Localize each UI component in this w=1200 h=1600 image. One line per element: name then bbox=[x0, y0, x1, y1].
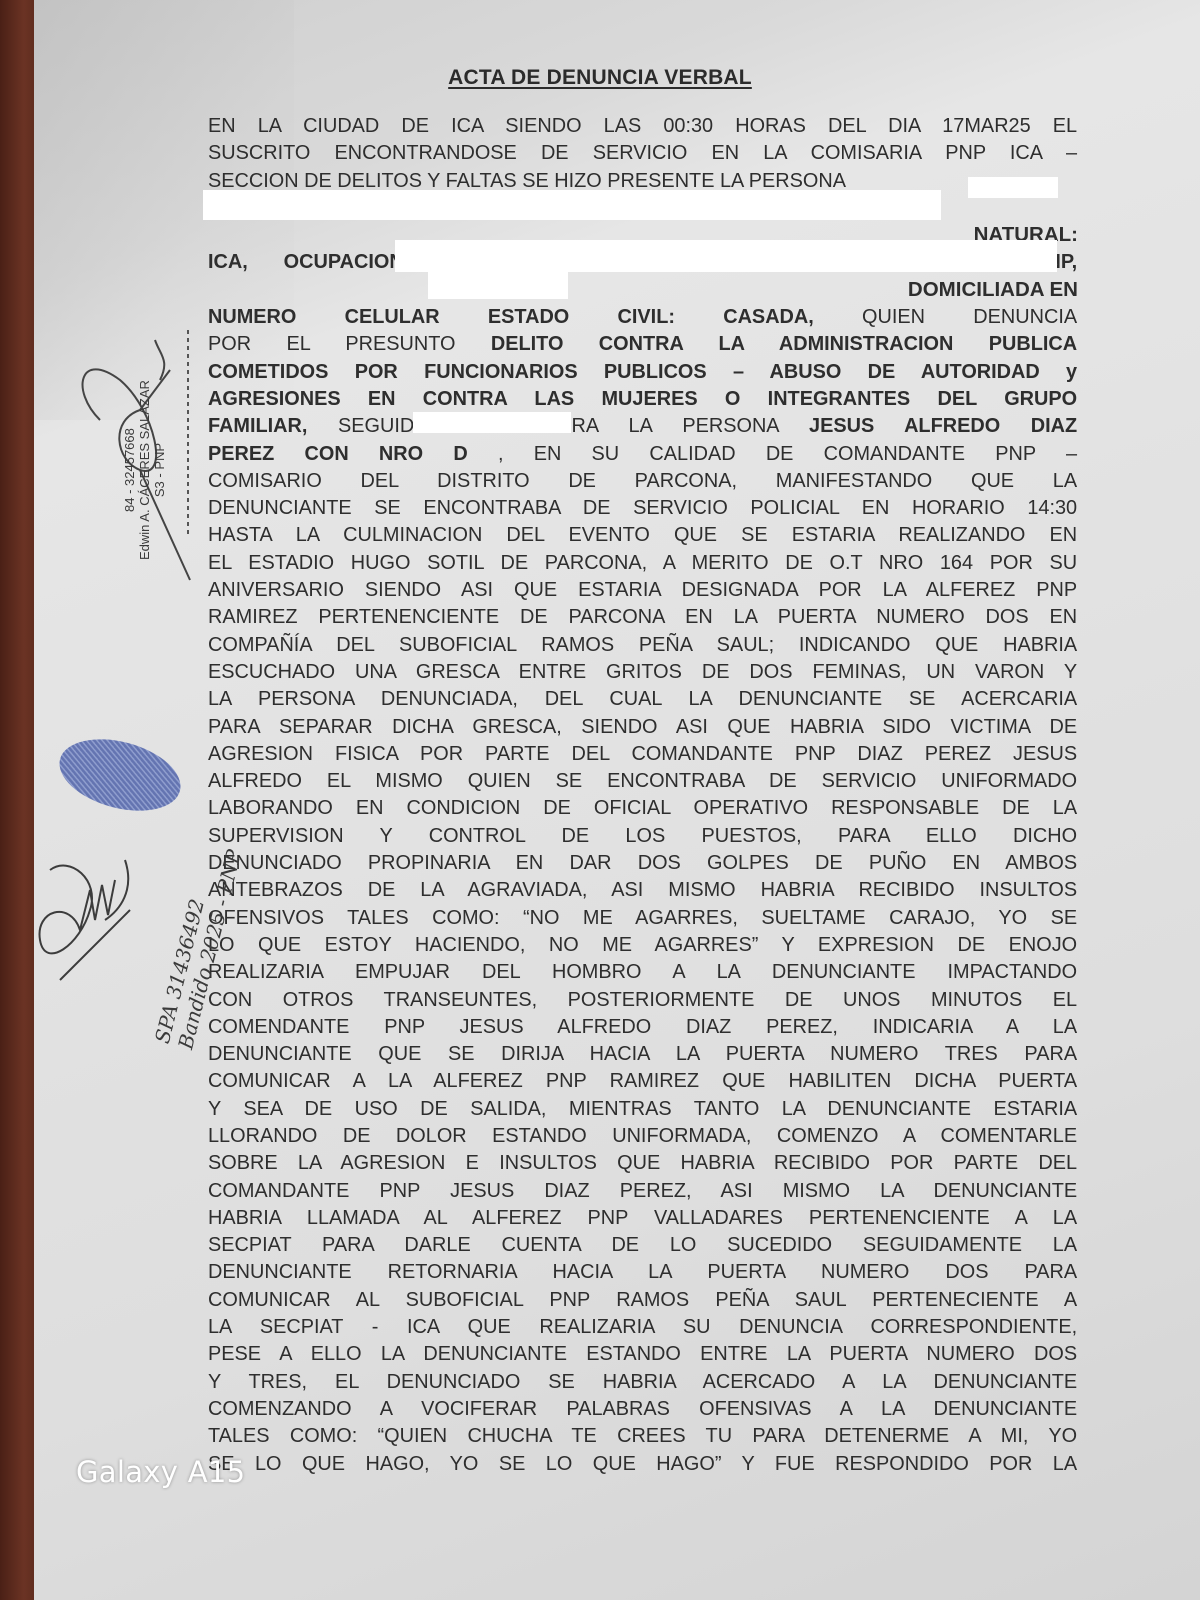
text-segment: CON OTROS TRANSEUNTES, POSTERIORMENTE DE… bbox=[208, 988, 1077, 1011]
bold-text-segment: NUMERO CELULAR bbox=[208, 305, 440, 328]
text-segment: ALFREDO EL MISMO QUIEN SE ENCONTRABA DE … bbox=[208, 769, 1077, 792]
text-segment: LA PERSONA DENUNCIADA, DEL CUAL LA DENUN… bbox=[208, 687, 1077, 710]
document-line: SE LO QUE HAGO, YO SE LO QUE HAGO” Y FUE… bbox=[208, 1450, 1077, 1477]
document-line: ANIVERSARIO SIENDO ASI QUE ESTARIA DESIG… bbox=[208, 576, 1077, 603]
document-title: ACTA DE DENUNCIA VERBAL bbox=[0, 66, 1200, 90]
text-segment: Y SEA DE USO DE SALIDA, MIENTRAS TANTO L… bbox=[208, 1097, 1077, 1120]
document-line: TALES COMO: “QUIEN CHUCHA TE CREES TU PA… bbox=[208, 1422, 1077, 1449]
document-line: SECPIAT PARA DARLE CUENTA DE LO SUCEDIDO… bbox=[208, 1231, 1077, 1258]
document-line: LA SECPIAT - ICA QUE REALIZARIA SU DENUN… bbox=[208, 1313, 1077, 1340]
bold-text-segment: PEREZ CON NRO D bbox=[208, 442, 468, 465]
text-segment: LO QUE ESTOY HACIENDO, NO ME AGARRES” Y … bbox=[208, 933, 1077, 956]
document-line: COMUNICAR A LA ALFEREZ PNP RAMIREZ QUE H… bbox=[208, 1067, 1077, 1094]
text-segment: PARA SEPARAR DICHA GRESCA, SIENDO ASI QU… bbox=[208, 715, 1077, 738]
text-segment: COMISARIO DEL DISTRITO DE PARCONA, MANIF… bbox=[208, 469, 1077, 492]
text-segment: SUPERVISION Y CONTROL DE LOS PUESTOS, PA… bbox=[208, 824, 1077, 847]
text-segment: HABRIA LLAMADA AL ALFEREZ PNP VALLADARES… bbox=[208, 1206, 1077, 1229]
bold-text-segment: JESUS ALFREDO DIAZ bbox=[809, 414, 1077, 437]
document-line: PEREZ CON NRO D , EN SU CALIDAD DE COMAN… bbox=[208, 440, 1077, 467]
text-segment: DENUNCIANTE RETORNARIA HACIA LA PUERTA N… bbox=[208, 1260, 1077, 1283]
redaction-box bbox=[203, 190, 941, 220]
document-line: ESCUCHADO UNA GRESCA ENTRE GRITOS DE DOS… bbox=[208, 658, 1077, 685]
document-line: CON OTROS TRANSEUNTES, POSTERIORMENTE DE… bbox=[208, 986, 1077, 1013]
document-line: COMUNICAR AL SUBOFICIAL PNP RAMOS PEÑA S… bbox=[208, 1286, 1077, 1313]
bold-text-segment: FAMILIAR, bbox=[208, 414, 307, 437]
text-segment: POR EL PRESUNTO bbox=[208, 332, 491, 355]
document-line: PARA SEPARAR DICHA GRESCA, SIENDO ASI QU… bbox=[208, 713, 1077, 740]
document-line: COMENDANTE PNP JESUS ALFREDO DIAZ PEREZ,… bbox=[208, 1013, 1077, 1040]
text-segment: EN LA CIUDAD DE ICA SIENDO LAS 00:30 HOR… bbox=[208, 114, 1077, 137]
document-line: Y TRES, EL DENUNCIADO SE HABRIA ACERCADO… bbox=[208, 1368, 1077, 1395]
text-segment: OFENSIVOS TALES COMO: “NO ME AGARRES, SU… bbox=[208, 906, 1077, 929]
text-segment: COMENDANTE PNP JESUS ALFREDO DIAZ PEREZ,… bbox=[208, 1015, 1077, 1038]
text-segment bbox=[440, 305, 488, 328]
text-segment: LLORANDO DE DOLOR ESTANDO UNIFORMADA, CO… bbox=[208, 1124, 1077, 1147]
camera-watermark: Galaxy A15 bbox=[76, 1455, 245, 1489]
text-segment: Y TRES, EL DENUNCIADO SE HABRIA ACERCADO… bbox=[208, 1370, 1077, 1393]
document-line: PESE A ELLO LA DENUNCIANTE ESTANDO ENTRE… bbox=[208, 1340, 1077, 1367]
document-line: COMENZANDO A VOCIFERAR PALABRAS OFENSIVA… bbox=[208, 1395, 1077, 1422]
text-segment: RAMIREZ PERTENENCIENTE DE PARCONA EN LA … bbox=[208, 605, 1077, 628]
text-segment: SECPIAT PARA DARLE CUENTA DE LO SUCEDIDO… bbox=[208, 1233, 1077, 1256]
document-line: HASTA LA CULMINACION DEL EVENTO QUE SE E… bbox=[208, 521, 1077, 548]
document-line: EL ESTADIO HUGO SOTIL DE PARCONA, A MERI… bbox=[208, 549, 1077, 576]
bold-text-segment: DELITO CONTRA LA ADMINISTRACION PUBLICA bbox=[491, 332, 1077, 355]
text-segment: ANIVERSARIO SIENDO ASI QUE ESTARIA DESIG… bbox=[208, 578, 1077, 601]
text-segment: TALES COMO: “QUIEN CHUCHA TE CREES TU PA… bbox=[208, 1424, 1077, 1447]
document-line: POR EL PRESUNTO DELITO CONTRA LA ADMINIS… bbox=[208, 330, 1077, 357]
document-line: LO QUE ESTOY HACIENDO, NO ME AGARRES” Y … bbox=[208, 931, 1077, 958]
document-line: COMISARIO DEL DISTRITO DE PARCONA, MANIF… bbox=[208, 467, 1077, 494]
bold-text-segment: COMETIDOS POR FUNCIONARIOS PUBLICOS – AB… bbox=[208, 360, 1077, 383]
document-line: OFENSIVOS TALES COMO: “NO ME AGARRES, SU… bbox=[208, 904, 1077, 931]
document-line: SOBRE LA AGRESION E INSULTOS QUE HABRIA … bbox=[208, 1149, 1077, 1176]
bold-text-segment: AGRESIONES EN CONTRA LAS MUJERES O INTEG… bbox=[208, 387, 1077, 410]
document-body: EN LA CIUDAD DE ICA SIENDO LAS 00:30 HOR… bbox=[208, 112, 1076, 1477]
text-segment: ESCUCHADO UNA GRESCA ENTRE GRITOS DE DOS… bbox=[208, 660, 1077, 683]
text-segment: HASTA LA CULMINACION DEL EVENTO QUE SE E… bbox=[208, 523, 1077, 546]
document-line: RAMIREZ PERTENENCIENTE DE PARCONA EN LA … bbox=[208, 603, 1077, 630]
text-segment: COMUNICAR AL SUBOFICIAL PNP RAMOS PEÑA S… bbox=[208, 1288, 1077, 1311]
bold-text-segment: ESTADO CIVIL: CASADA, bbox=[488, 305, 814, 328]
text-segment: DENUNCIANTE SE ENCONTRABA DE SERVICIO PO… bbox=[208, 496, 1077, 519]
redaction-box bbox=[395, 240, 1057, 272]
text-segment: LABORANDO EN CONDICION DE OFICIAL OPERAT… bbox=[208, 796, 1077, 819]
document-line: ANTEBRAZOS DE LA AGRAVIADA, ASI MISMO HA… bbox=[208, 876, 1077, 903]
text-segment: SE LO QUE HAGO, YO SE LO QUE HAGO” Y FUE… bbox=[208, 1452, 1077, 1475]
document-line: EN LA CIUDAD DE ICA SIENDO LAS 00:30 HOR… bbox=[208, 112, 1077, 139]
text-segment: COMANDANTE PNP JESUS DIAZ PEREZ, ASI MIS… bbox=[208, 1179, 1077, 1202]
document-line: SUPERVISION Y CONTROL DE LOS PUESTOS, PA… bbox=[208, 822, 1077, 849]
document-line: DENUNCIANTE RETORNARIA HACIA LA PUERTA N… bbox=[208, 1258, 1077, 1285]
text-segment: DENUNCIANTE QUE SE DIRIJA HACIA LA PUERT… bbox=[208, 1042, 1077, 1065]
document-line: DENUNCIANTE SE ENCONTRABA DE SERVICIO PO… bbox=[208, 494, 1077, 521]
document-line: LLORANDO DE DOLOR ESTANDO UNIFORMADA, CO… bbox=[208, 1122, 1077, 1149]
redaction-box bbox=[413, 412, 571, 433]
document-line: HABRIA LLAMADA AL ALFEREZ PNP VALLADARES… bbox=[208, 1204, 1077, 1231]
document-line: AGRESIONES EN CONTRA LAS MUJERES O INTEG… bbox=[208, 385, 1077, 412]
officer-stamp: 84 - 32457668 Edwin A. CÁCERES SALAZAR S… bbox=[122, 380, 167, 560]
text-segment: EL ESTADIO HUGO SOTIL DE PARCONA, A MERI… bbox=[208, 551, 1077, 574]
text-segment: SOBRE LA AGRESION E INSULTOS QUE HABRIA … bbox=[208, 1151, 1077, 1174]
text-segment: COMPAÑÍA DEL SUBOFICIAL RAMOS PEÑA SAUL;… bbox=[208, 633, 1077, 656]
document-line: FAMILIAR, SEGUIDA EN CONTRA LA PERSONA J… bbox=[208, 412, 1077, 439]
text-segment: SECCION DE DELITOS Y FALTAS SE HIZO PRES… bbox=[208, 169, 846, 192]
text-segment: SUSCRITO ENCONTRANDOSE DE SERVICIO EN LA… bbox=[208, 141, 1077, 164]
complainant-signature bbox=[30, 850, 140, 990]
text-segment: PESE A ELLO LA DENUNCIANTE ESTANDO ENTRE… bbox=[208, 1342, 1077, 1365]
document-line: DENUNCIADO PROPINARIA EN DAR DOS GOLPES … bbox=[208, 849, 1077, 876]
document-line: LA PERSONA DENUNCIADA, DEL CUAL LA DENUN… bbox=[208, 685, 1077, 712]
document-line: LABORANDO EN CONDICION DE OFICIAL OPERAT… bbox=[208, 794, 1077, 821]
redaction-box bbox=[968, 177, 1058, 198]
document-line: REALIZARIA EMPUJAR DEL HOMBRO A LA DENUN… bbox=[208, 958, 1077, 985]
document-line: Y SEA DE USO DE SALIDA, MIENTRAS TANTO L… bbox=[208, 1095, 1077, 1122]
document-line: AGRESION FISICA POR PARTE DEL COMANDANTE… bbox=[208, 740, 1077, 767]
text-segment: REALIZARIA EMPUJAR DEL HOMBRO A LA DENUN… bbox=[208, 960, 1077, 983]
document-line: COMANDANTE PNP JESUS DIAZ PEREZ, ASI MIS… bbox=[208, 1177, 1077, 1204]
text-segment: , EN SU CALIDAD DE COMANDANTE PNP – bbox=[468, 442, 1077, 465]
text-segment: COMUNICAR A LA ALFEREZ PNP RAMIREZ QUE H… bbox=[208, 1069, 1077, 1092]
document-line: NUMERO CELULAR ESTADO CIVIL: CASADA, QUI… bbox=[208, 303, 1077, 330]
document-line: DOMICILIADA EN bbox=[208, 276, 1078, 303]
text-segment: AGRESION FISICA POR PARTE DEL COMANDANTE… bbox=[208, 742, 1077, 765]
document-line: DENUNCIANTE QUE SE DIRIJA HACIA LA PUERT… bbox=[208, 1040, 1077, 1067]
document-line: COMPAÑÍA DEL SUBOFICIAL RAMOS PEÑA SAUL;… bbox=[208, 631, 1077, 658]
text-segment: QUIEN DENUNCIA bbox=[814, 305, 1077, 328]
document-line: ALFREDO EL MISMO QUIEN SE ENCONTRABA DE … bbox=[208, 767, 1077, 794]
text-segment: ANTEBRAZOS DE LA AGRAVIADA, ASI MISMO HA… bbox=[208, 878, 1077, 901]
text-segment: LA SECPIAT - ICA QUE REALIZARIA SU DENUN… bbox=[208, 1315, 1077, 1338]
redaction-box bbox=[428, 272, 568, 299]
text-segment: DENUNCIADO PROPINARIA EN DAR DOS GOLPES … bbox=[208, 851, 1077, 874]
document-line: COMETIDOS POR FUNCIONARIOS PUBLICOS – AB… bbox=[208, 358, 1077, 385]
document-line: SUSCRITO ENCONTRANDOSE DE SERVICIO EN LA… bbox=[208, 139, 1077, 166]
text-segment: COMENZANDO A VOCIFERAR PALABRAS OFENSIVA… bbox=[208, 1397, 1077, 1420]
bold-text-segment: DOMICILIADA EN bbox=[908, 278, 1078, 301]
